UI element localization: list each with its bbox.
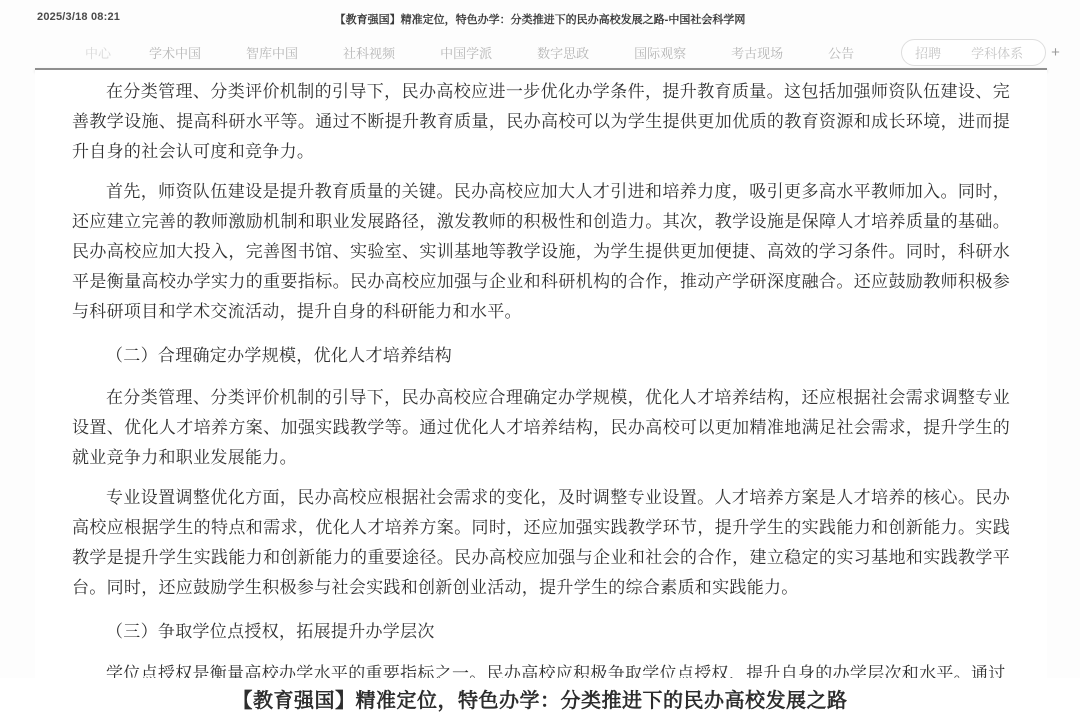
nav-item[interactable]: 社科视频 — [343, 43, 395, 62]
nav-item[interactable]: 智库中国 — [246, 43, 298, 62]
nav-item[interactable]: 数字思政 — [537, 43, 589, 62]
article-page: 在分类管理、分类评价机制的引导下，民办高校应进一步优化办学条件，提升教育质量。这… — [35, 70, 1047, 678]
print-header: 2025/3/18 08:21 【教育强国】精准定位，特色办学：分类推进下的民办… — [0, 0, 1080, 34]
section-heading: （三）争取学位点授权，拓展提升办学层次 — [72, 613, 1010, 647]
nav-item[interactable]: 考古现场 — [731, 43, 783, 62]
document-title: 【教育强国】精准定位，特色办学：分类推进下的民办高校发展之路-中国社会科学网 — [0, 11, 1080, 27]
article-paragraph: 在分类管理、分类评价机制的引导下，民办高校应进一步优化办学条件，提升教育质量。这… — [72, 77, 1010, 167]
nav-items: 中心学术中国智库中国社科视频中国学派数字思政国际观察考古现场公告 — [85, 43, 899, 62]
nav-item[interactable]: 国际观察 — [634, 43, 686, 62]
section-heading: （二）合理确定办学规模，优化人才培养结构 — [72, 337, 1010, 371]
article-headline: 【教育强国】精准定位，特色办学：分类推进下的民办高校发展之路 — [233, 684, 848, 713]
article-paragraph: 在分类管理、分类评价机制的引导下，民办高校应合理确定办学规模，优化人才培养结构，… — [72, 383, 1010, 473]
article-paragraph: 首先，师资队伍建设是提升教育质量的关键。民办高校应加大人才引进和培养力度，吸引更… — [72, 177, 1010, 327]
nav-pill-item[interactable]: 学科体系 — [971, 43, 1023, 62]
plus-icon[interactable]: + — [1051, 44, 1060, 61]
site-nav: 中心学术中国智库中国社科视频中国学派数字思政国际观察考古现场公告 招聘学科体系 … — [85, 37, 1060, 67]
article-paragraph: 学位点授权是衡量高校办学水平的重要指标之一。民办高校应积极争取学位点授权，提升自… — [72, 659, 1010, 678]
nav-item[interactable]: 中国学派 — [440, 43, 492, 62]
nav-item[interactable]: 学术中国 — [149, 43, 201, 62]
nav-pill: 招聘学科体系 — [901, 39, 1046, 66]
nav-pill-item[interactable]: 招聘 — [915, 43, 941, 62]
nav-item[interactable]: 中心 — [85, 43, 111, 62]
article-body: 在分类管理、分类评价机制的引导下，民办高校应进一步优化办学条件，提升教育质量。这… — [72, 77, 1010, 678]
article-paragraph: 专业设置调整优化方面，民办高校应根据社会需求的变化，及时调整专业设置。人才培养方… — [72, 483, 1010, 603]
nav-item[interactable]: 公告 — [828, 43, 854, 62]
footer-title-band: 【教育强国】精准定位，特色办学：分类推进下的民办高校发展之路 — [0, 678, 1080, 719]
